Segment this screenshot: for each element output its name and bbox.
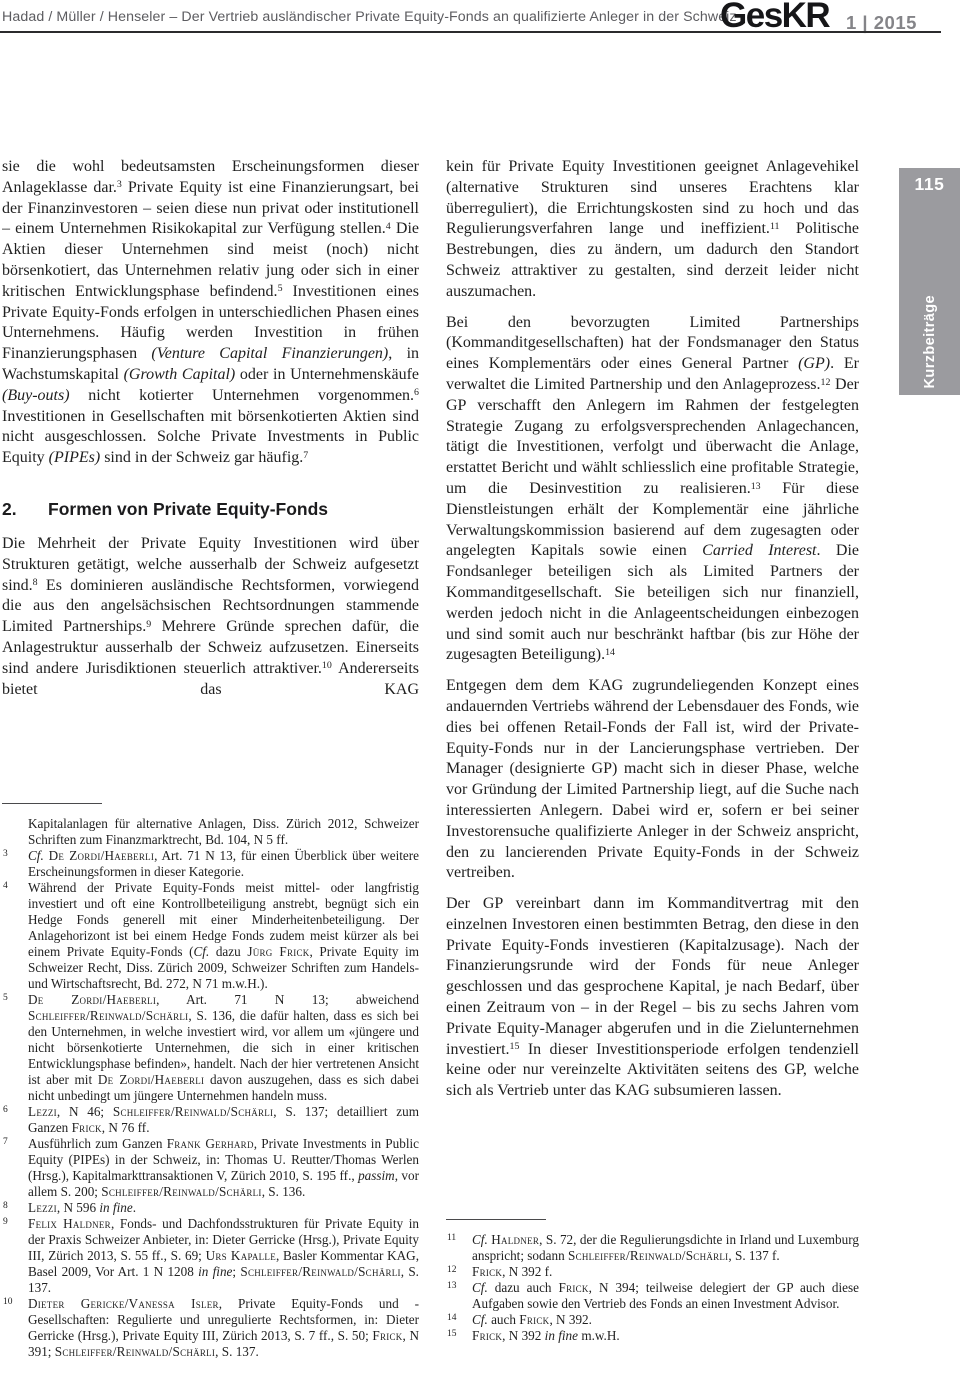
heading-number: 2. [2, 499, 48, 519]
section-tab: Kurzbeiträge [899, 295, 960, 388]
body-column-right: kein für Private Equity Investitionen ge… [446, 157, 859, 1207]
footnote-text: Während der Private Equity-Fonds meist m… [28, 880, 419, 991]
footnote: 8 Lezzi, N 596 in fine. [2, 1200, 419, 1216]
footnote-number: 7 [3, 1136, 8, 1149]
footnote-text: Kapitalanlagen für alternative Anlagen, … [28, 816, 419, 847]
footnote: 10 Dieter Gericke/Vanessa Isler, Private… [2, 1296, 419, 1360]
footnote-text: Cf. De Zordi/Haeberli, Art. 71 N 13, für… [28, 848, 419, 879]
body-paragraph: kein für Private Equity Investitionen ge… [446, 157, 859, 303]
footnote-text: Frick, N 392 in fine m.w.H. [472, 1328, 620, 1343]
section-heading: 2. Formen von Private Equity-Fonds [2, 499, 419, 519]
footnote-text: De Zordi/Haeberli, Art. 71 N 13; abweich… [28, 992, 419, 1103]
footnote: 6 Lezzi, N 46; Schleiffer/Reinwald/Schär… [2, 1104, 419, 1136]
footnote: 15 Frick, N 392 in fine m.w.H. [446, 1328, 859, 1344]
body-paragraph: Bei den bevorzugten Limited Partnerships… [446, 313, 859, 667]
footnote-number: 12 [447, 1264, 457, 1277]
footnote-number: 11 [447, 1232, 456, 1245]
footnote-number: 15 [447, 1328, 457, 1341]
footnote-text: Lezzi, N 596 in fine. [28, 1200, 136, 1215]
header-rule [0, 31, 941, 33]
body-paragraph: Die Mehrheit der Private Equity Investit… [2, 534, 419, 700]
footnote-text: Cf. dazu auch Frick, N 394; teilweise de… [472, 1280, 859, 1311]
journal-page: Hadad / Müller / Henseler – Der Vertrieb… [0, 0, 960, 1381]
body-paragraph: sie die wohl bedeutsamsten Erscheinungsf… [2, 157, 419, 469]
footnote-number: 3 [3, 848, 8, 861]
footnote-rule [2, 803, 102, 804]
footnote: 12 Frick, N 392 f. [446, 1264, 859, 1280]
body-paragraph: Der GP vereinbart dann im Kommanditvertr… [446, 894, 859, 1102]
footnote-number: 6 [3, 1104, 8, 1117]
footnote-block-left: Kapitalanlagen für alternative Anlagen, … [2, 795, 419, 1360]
footnote-text: Felix Haldner, Fonds- und Dachfondsstruk… [28, 1216, 419, 1295]
footnote-text: Cf. Haldner, S. 72, der die Regulierungs… [472, 1232, 859, 1263]
section-tab-label: Kurzbeiträge [922, 295, 938, 388]
footnote: 11 Cf. Haldner, S. 72, der die Regulieru… [446, 1232, 859, 1264]
footnote-text: Ausführlich zum Ganzen Frank Gerhard, Pr… [28, 1136, 419, 1199]
footnote: 5 De Zordi/Haeberli, Art. 71 N 13; abwei… [2, 992, 419, 1104]
footnote-text: Lezzi, N 46; Schleiffer/Reinwald/Schärli… [28, 1104, 419, 1135]
footnote-number: 13 [447, 1280, 457, 1293]
footnote: 9 Felix Haldner, Fonds- und Dachfondsstr… [2, 1216, 419, 1296]
footnote: 4 Während der Private Equity-Fonds meist… [2, 880, 419, 992]
footnote-rule [446, 1219, 546, 1220]
footnote: 7 Ausführlich zum Ganzen Frank Gerhard, … [2, 1136, 419, 1200]
footnote-number: 8 [3, 1200, 8, 1213]
footnote: Kapitalanlagen für alternative Anlagen, … [2, 816, 419, 848]
footnote-number: 14 [447, 1312, 457, 1325]
footnote-number: 5 [3, 992, 8, 1005]
sidebar-box: 115 Kurzbeiträge [899, 168, 960, 395]
footnote-text: Dieter Gericke/Vanessa Isler, Private Eq… [28, 1296, 419, 1359]
body-paragraph: Entgegen dem dem KAG zugrundeliegenden K… [446, 676, 859, 884]
footnote-text: Cf. auch Frick, N 392. [472, 1312, 592, 1327]
body-column-left: sie die wohl bedeutsamsten Erscheinungsf… [2, 157, 419, 793]
footnote: 13 Cf. dazu auch Frick, N 394; teilweise… [446, 1280, 859, 1312]
footnote-number: 9 [3, 1216, 8, 1229]
footnote-text: Frick, N 392 f. [472, 1264, 552, 1279]
running-head: Hadad / Müller / Henseler – Der Vertrieb… [2, 9, 737, 25]
footnote: 3 Cf. De Zordi/Haeberli, Art. 71 N 13, f… [2, 848, 419, 880]
footnote-number: 10 [3, 1296, 13, 1309]
heading-text: Formen von Private Equity-Fonds [48, 499, 328, 519]
footnote-block-right: 11 Cf. Haldner, S. 72, der die Regulieru… [446, 1211, 859, 1344]
footnote: 14 Cf. auch Frick, N 392. [446, 1312, 859, 1328]
page-number: 115 [899, 174, 960, 195]
footnote-number: 4 [3, 880, 8, 893]
